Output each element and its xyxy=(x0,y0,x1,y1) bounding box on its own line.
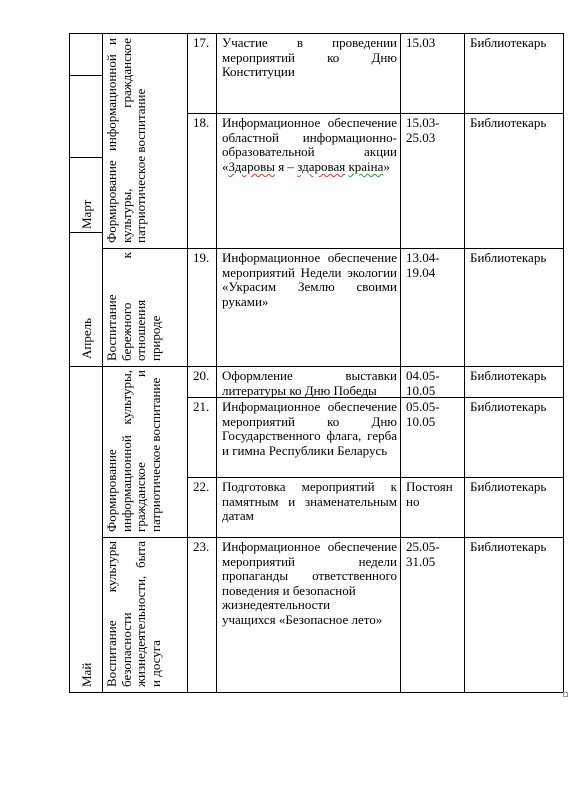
date-line: 13.04- xyxy=(406,251,464,266)
date-line: 25.03 xyxy=(406,131,464,146)
direction-info-culture-may: Формирование информационной культуры, гр… xyxy=(103,366,187,536)
date-line: Постоян xyxy=(406,480,464,495)
event-date: 15.03- 25.03 xyxy=(401,114,464,145)
direction-safety: Воспитание культуры безопасности жизнеде… xyxy=(103,537,187,691)
event-date: 05.05- 10.05 xyxy=(401,398,464,429)
event-responsible: Библиотекарь xyxy=(465,538,563,555)
event-date: 04.05- 10.05 xyxy=(401,367,464,398)
event-text: я – xyxy=(275,159,297,174)
row-number: 18. xyxy=(188,114,216,131)
event-text: жизнедеятельности xyxy=(222,598,397,613)
date-line: 19.04 xyxy=(406,266,464,281)
date-line: но xyxy=(406,495,464,510)
event-text: Информационное обеспечение мероприятий н… xyxy=(222,540,397,598)
date-line: 10.05 xyxy=(406,415,464,430)
date-line: 15.03- xyxy=(406,116,464,131)
event-text: учащихся «Безопасное лето» xyxy=(222,613,397,628)
spellcheck-word: краіна xyxy=(348,159,383,174)
row-number: 19. xyxy=(188,249,216,266)
date-line: 31.05 xyxy=(406,555,464,570)
date-line: 04.05- xyxy=(406,369,464,384)
direction-nature: Воспитание бережного к отношения природе xyxy=(103,248,187,365)
document-page: Март Апрель Май Формирование информацион… xyxy=(0,0,582,796)
event-date: 25.05- 31.05 xyxy=(401,538,464,569)
event-description: Оформление выставки литературы ко Дню По… xyxy=(217,367,400,398)
event-description: Информационное обеспечение мероприятий к… xyxy=(217,398,400,458)
event-responsible: Библиотекарь xyxy=(465,367,563,384)
spellcheck-word: здаровая xyxy=(297,159,345,174)
month-may: Май xyxy=(79,663,95,687)
table-resize-handle[interactable] xyxy=(563,692,568,697)
event-responsible: Библиотекарь xyxy=(465,398,563,415)
row-number: 21. xyxy=(188,398,216,415)
event-date: Постоян но xyxy=(401,478,464,509)
event-description: Информационное обеспечение областной инф… xyxy=(217,114,400,174)
date-line: 25.05- xyxy=(406,540,464,555)
date-line: 05.05- xyxy=(406,400,464,415)
row-number: 20. xyxy=(188,367,216,384)
event-date: 15.03 xyxy=(401,34,464,51)
event-description: Информационное обеспечение мероприятий н… xyxy=(217,538,400,628)
event-responsible: Библиотекарь xyxy=(465,249,563,266)
month-march: Март xyxy=(79,200,95,229)
event-text: » xyxy=(383,159,390,174)
direction-info-culture-march: Формирование информационной и культуры, … xyxy=(103,34,187,247)
event-responsible: Библиотекарь xyxy=(465,114,563,131)
event-description: Информационное обеспечение мероприятий Н… xyxy=(217,249,400,309)
date-line: 10.05 xyxy=(406,384,464,399)
event-description: Участие в проведении мероприятий ко Дню … xyxy=(217,34,400,113)
row-number: 22. xyxy=(188,478,216,495)
event-description: Подготовка мероприятий к памятным и знам… xyxy=(217,478,400,524)
row-number: 23. xyxy=(188,538,216,555)
event-responsible: Библиотекарь xyxy=(465,478,563,495)
spellcheck-word: Здаровы xyxy=(229,159,275,174)
month-april: Апрель xyxy=(79,318,95,359)
event-responsible: Библиотекарь xyxy=(465,34,563,51)
row-number: 17. xyxy=(188,34,216,113)
event-date: 13.04- 19.04 xyxy=(401,249,464,280)
